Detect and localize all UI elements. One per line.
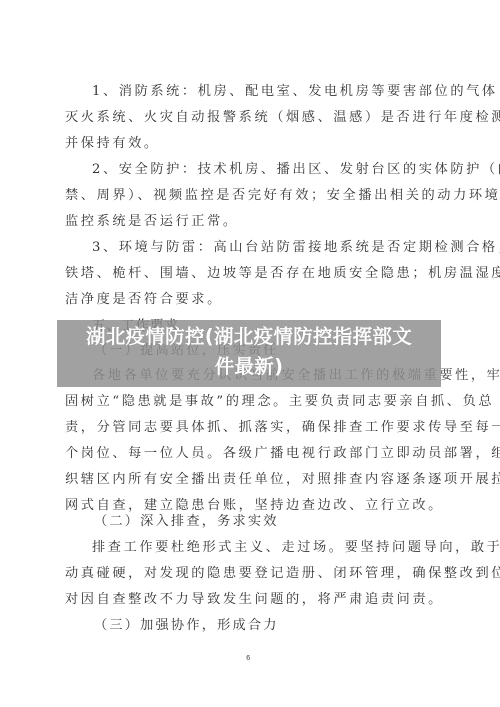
- doc-line: 对因自查整改不力导致发生问题的，将严肃追责问责。: [65, 591, 437, 609]
- doc-line: 监控系统是否运行正常。: [65, 213, 437, 231]
- doc-line: 洁净度是否符合要求。: [65, 291, 437, 309]
- banner-title-line-2: 件最新): [57, 352, 441, 382]
- banner-title-line-1: 湖北疫情防控(湖北疫情防控指挥部文: [57, 322, 441, 352]
- subsection-heading: （三）加强协作，形成合力: [94, 617, 466, 635]
- doc-line: 1、消防系统：机房、配电室、发电机房等要害部位的气体: [92, 83, 464, 101]
- banner-title: 湖北疫情防控(湖北疫情防控指挥部文 件最新): [57, 322, 441, 382]
- doc-line: 2、安全防护：技术机房、播出区、发射台区的实体防护（门: [92, 161, 464, 179]
- doc-line: 铁塔、桅杆、围墙、边坡等是否存在地质安全隐患；机房温湿度、: [65, 265, 437, 283]
- doc-line: 动真碰硬，对发现的隐患要登记造册、闭环管理，确保整改到位。: [65, 565, 437, 583]
- doc-line: 固树立“隐患就是事故”的理念。主要负责同志要亲自抓、负总: [65, 393, 437, 411]
- subsection-heading: （二）深入排查，务求实效: [94, 513, 466, 531]
- doc-line: 织辖区内所有安全播出责任单位，对照排查内容逐条逐项开展拉: [65, 471, 437, 489]
- doc-line: 并保持有效。: [65, 135, 437, 153]
- doc-line: 个岗位、每一位人员。各级广播电视行政部门立即动员部署，组: [65, 445, 437, 463]
- page-number: 6: [246, 654, 250, 662]
- doc-line: 禁、周界）、视频监控是否完好有效；安全播出相关的动力环境: [65, 187, 437, 205]
- doc-line: 3、环境与防雷：高山台站防雷接地系统是否定期检测合格；: [92, 239, 464, 257]
- doc-line: 责，分管同志要具体抓、抓落实，确保排查工作要求传导至每一: [65, 419, 437, 437]
- title-overlay-banner: 湖北疫情防控(湖北疫情防控指挥部文 件最新): [57, 320, 441, 387]
- doc-line: 灭火系统、火灾自动报警系统（烟感、温感）是否进行年度检测: [65, 109, 437, 127]
- doc-line: 排查工作要杜绝形式主义、走过场。要坚持问题导向，敢于: [92, 539, 464, 557]
